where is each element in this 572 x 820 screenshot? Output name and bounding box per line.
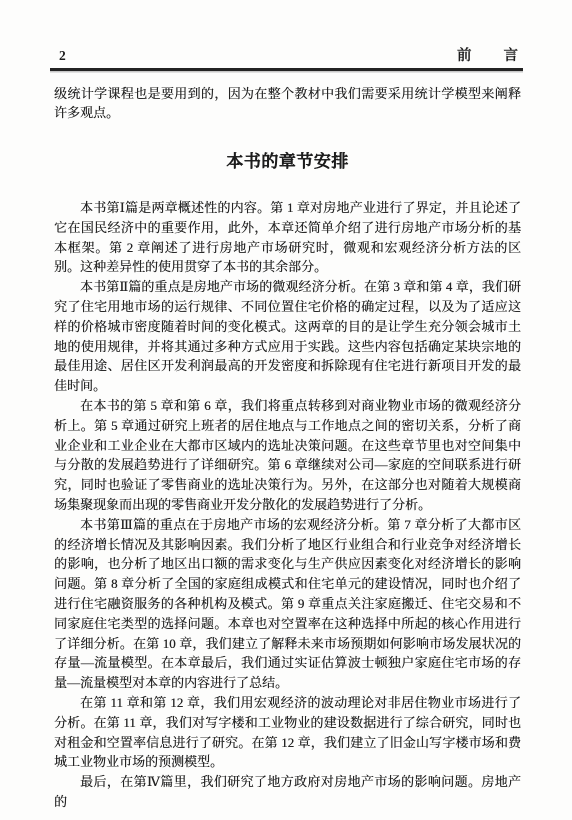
paragraph-chapters11-12-nonresidential: 在第 11 章和第 12 章，我们用宏观经济的波动理论对非居住物业市场进行了分析… (54, 693, 521, 772)
page-number: 2 (54, 48, 66, 64)
header-rule-divider (50, 68, 523, 71)
paragraph-continuation: 级统计学课程也是要用到的，因为在整个教材中我们需要采用统计学模型来阐释许多观点。 (54, 84, 521, 124)
book-page: 2 前 言 级统计学课程也是要用到的，因为在整个教材中我们需要采用统计学模型来阐… (0, 0, 572, 820)
running-header: 2 前 言 (54, 44, 521, 65)
page-body: 级统计学课程也是要用到的，因为在整个教材中我们需要采用统计学模型来阐释许多观点。… (54, 84, 521, 812)
paragraph-part1-overview: 本书第Ⅰ篇是两章概述性的内容。第 1 章对房地产业进行了界定，并且论述了它在国民… (54, 198, 521, 277)
paragraph-part2-micro-analysis: 本书第Ⅱ篇的重点是房地产市场的微观经济分析。在第 3 章和第 4 章，我们研究了… (54, 277, 521, 396)
section-heading: 本书的章节安排 (54, 147, 521, 172)
running-header-title: 前 言 (457, 44, 521, 65)
paragraph-part3-macro-analysis: 本书第Ⅲ篇的重点在于房地产市场的宏观经济分析。第 7 章分析了大都市区的经济增长… (54, 515, 521, 693)
paragraph-chapters5-6-commercial: 在本书的第 5 章和第 6 章，我们将重点转移到对商业物业市场的微观经济分析上。… (54, 396, 521, 515)
paragraph-part4-government: 最后，在第Ⅳ篇里，我们研究了地方政府对房地产市场的影响问题。房地产的 (54, 772, 521, 812)
